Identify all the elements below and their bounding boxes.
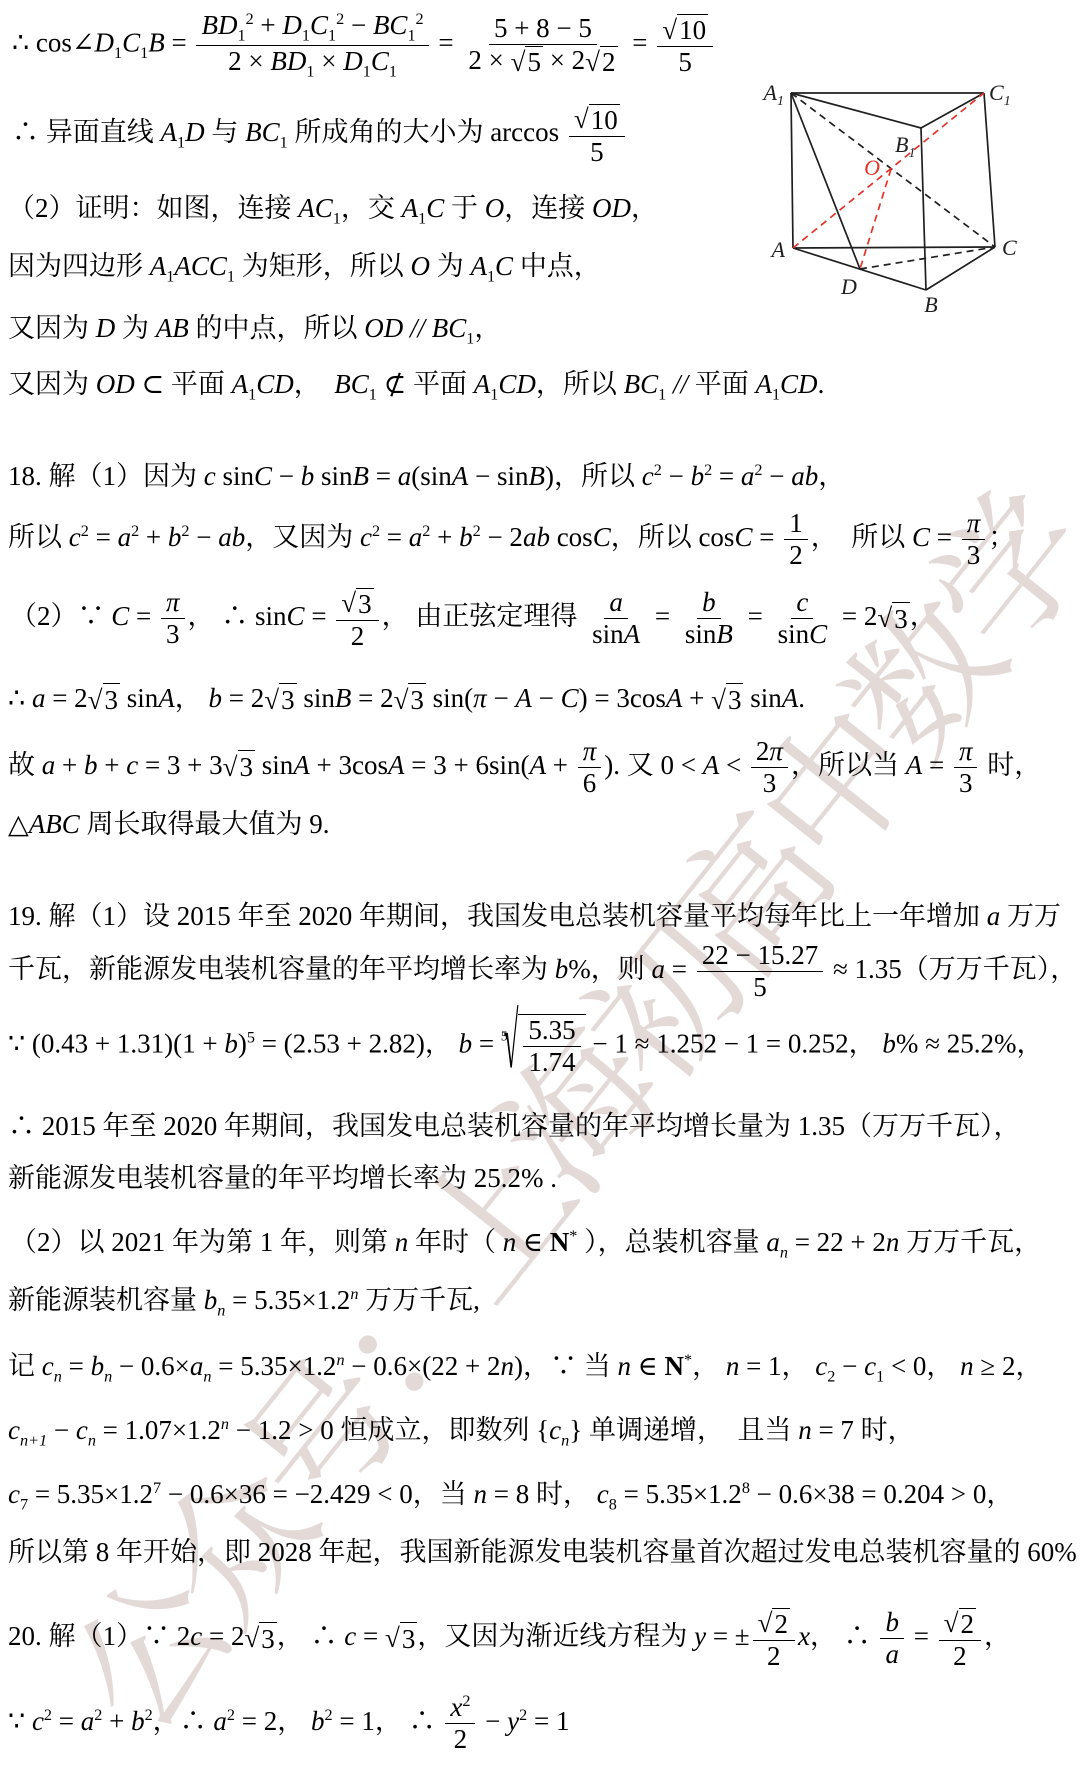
math-token: c	[76, 1415, 88, 1445]
fraction-denominator: 1.74	[523, 1047, 580, 1078]
math-token: = ±	[706, 1621, 750, 1651]
math-token: A	[293, 750, 310, 780]
math-token: 3	[240, 752, 254, 782]
math-token: π	[769, 736, 783, 766]
math-token: n	[54, 1367, 62, 1385]
math-token: ×	[315, 46, 344, 76]
fraction-denominator: 2	[784, 540, 808, 571]
math-token: = 5.35×1.2	[28, 1479, 153, 1509]
math-token: sin	[314, 461, 352, 491]
radical-sign: √	[758, 1610, 773, 1637]
fraction: ba	[880, 1607, 904, 1670]
math-token: π	[166, 587, 180, 617]
prism-edge-O-D	[860, 169, 891, 269]
math-token: 2	[81, 522, 89, 540]
math-token: =	[380, 522, 409, 552]
math-token: C	[371, 46, 389, 76]
document-page: 公众号：上海初高中数学 ∴ cos∠D1C1B = BD12 + D1C12 −…	[0, 0, 1080, 1783]
math-token: ， ∴	[810, 1621, 878, 1651]
radical: √3	[385, 1622, 417, 1657]
content-line: ∵ c2 = a2 + b2，∴ a2 = 2， b2 = 1， ∴ x22 −…	[8, 1692, 569, 1755]
math-token: n	[104, 1367, 112, 1385]
math-token: 22 − 15.27	[702, 940, 818, 970]
radical-sign: √	[711, 687, 726, 714]
math-token: A	[624, 619, 641, 649]
math-token: 万万	[1000, 901, 1061, 931]
fraction-numerator: π	[161, 587, 185, 619]
fraction: 5.351.74	[523, 1015, 580, 1078]
math-token: b	[301, 461, 315, 491]
radical: √10	[574, 104, 620, 136]
math-token: a	[398, 461, 412, 491]
math-token: CD	[498, 369, 536, 399]
math-token: 1	[772, 385, 780, 403]
radical-sign: √	[264, 687, 279, 714]
math-token: n	[500, 1351, 514, 1381]
math-token: BD	[201, 10, 237, 40]
fraction-numerator: b	[880, 1607, 904, 1639]
prism-edge-A1-D	[791, 93, 860, 269]
fraction-denominator: 5	[585, 137, 609, 168]
fraction-denominator: 6	[578, 768, 602, 799]
fraction-denominator: 2 × √5 × 2√2	[463, 45, 622, 79]
math-token: − 2	[481, 522, 523, 552]
math-token: A	[158, 683, 175, 713]
math-token: ，	[910, 601, 937, 631]
math-token: C	[122, 28, 140, 58]
math-token: a	[32, 683, 46, 713]
math-token: 中点，	[513, 251, 601, 281]
math-token: //	[673, 369, 688, 399]
content-line: 故 a + b + c = 3 + 3√3 sinA + 3cosA = 3 +…	[8, 736, 1041, 799]
math-token: n	[886, 1227, 900, 1257]
radicand: 3	[279, 683, 297, 718]
math-token: 2	[246, 10, 254, 28]
radicand: 3	[356, 588, 374, 620]
math-token: ；	[988, 522, 1015, 552]
math-token: BC	[432, 313, 467, 343]
math-token: B	[529, 461, 546, 491]
math-token: 与	[205, 117, 246, 147]
math-token: −	[487, 683, 516, 713]
math-token: 3	[410, 685, 424, 715]
fraction-denominator: a	[880, 1639, 904, 1670]
math-token: c	[864, 1351, 876, 1381]
radicand: 3	[238, 750, 256, 785]
math-token: 3	[105, 685, 119, 715]
math-token	[403, 313, 410, 343]
math-token: = 5.35×1.2	[225, 1285, 350, 1315]
math-token: ≈ 1.35（万万千瓦），	[826, 954, 1077, 984]
math-token: ∴ 2015 年至 2020 年期间，我国发电总装机容量的年平均增长量为 1.3…	[8, 1111, 1021, 1141]
fraction-numerator: x2	[445, 1692, 475, 1724]
math-token: C	[809, 619, 827, 649]
math-token: %，则	[568, 954, 651, 984]
math-token: .	[818, 369, 825, 399]
math-token: 2	[44, 1706, 52, 1724]
math-token: 2	[473, 522, 481, 540]
math-token: a	[987, 901, 1001, 931]
math-token: +	[430, 522, 459, 552]
radicand: 10	[589, 104, 620, 136]
radical-sign: √	[511, 49, 526, 76]
math-token: <	[719, 750, 748, 780]
math-token: 3	[261, 1624, 275, 1654]
math-token: − 0.6×36 = −2.429 < 0，当	[161, 1479, 473, 1509]
math-token: 万万千瓦,	[358, 1285, 480, 1315]
math-token: ≥ 2，	[974, 1351, 1043, 1381]
fraction-numerator: 5 + 8 − 5	[489, 13, 597, 45]
math-token: 3	[959, 768, 973, 798]
fraction-numerator: 22 − 15.27	[697, 940, 823, 972]
math-token: n	[221, 1415, 229, 1433]
math-token: 2	[145, 1706, 153, 1724]
math-token: b	[459, 522, 473, 552]
math-token: BD	[270, 46, 306, 76]
math-token: 8	[742, 1479, 750, 1497]
math-token: ab	[791, 461, 818, 491]
radicand: 3	[400, 1622, 418, 1657]
radicand: 3	[892, 602, 910, 637]
vertex-label-C: C	[1002, 235, 1017, 260]
math-token: b	[84, 750, 98, 780]
vertex-label-B: B	[924, 292, 937, 317]
math-token: 2	[519, 1706, 527, 1724]
math-token	[425, 313, 432, 343]
math-token: +	[682, 683, 711, 713]
math-token: ，交	[341, 193, 402, 223]
math-token: c	[796, 587, 808, 617]
radical: √10	[662, 14, 708, 46]
math-token: C	[912, 522, 930, 552]
math-token: A	[666, 683, 683, 713]
math-token: 2	[704, 461, 712, 479]
content-line: 新能源装机容量 bn = 5.35×1.2n 万万千瓦,	[8, 1284, 480, 1321]
math-token: BC	[373, 10, 408, 40]
fraction: csinC	[773, 587, 833, 650]
math-token: 1	[114, 44, 122, 62]
math-token: − 0.6×	[112, 1351, 190, 1381]
math-token: 3	[894, 604, 908, 634]
vertex-label-O: O	[864, 155, 880, 180]
math-token: − sin	[468, 461, 528, 491]
math-token: 的中点，所以	[189, 313, 365, 343]
math-token: 2	[462, 1692, 470, 1710]
math-token: b	[209, 683, 223, 713]
math-token: 2	[227, 1706, 235, 1724]
radicand: 3	[103, 683, 121, 718]
math-token: 2	[961, 1609, 975, 1639]
math-token: A	[388, 750, 405, 780]
math-token: =	[665, 954, 694, 984]
math-token: 2	[789, 540, 803, 570]
radical: √3	[711, 683, 743, 718]
math-token: =	[89, 522, 118, 552]
math-token: 1	[418, 209, 426, 227]
fraction-numerator: b	[697, 587, 721, 619]
math-token: sin	[592, 619, 624, 649]
fraction-denominator: 2	[948, 1641, 972, 1672]
math-token: OD	[364, 313, 403, 343]
math-token: − 0.6×(22 + 2	[345, 1351, 501, 1381]
math-token: c	[190, 1621, 202, 1651]
math-token: 又因为	[8, 313, 96, 343]
math-token: n	[617, 1351, 631, 1381]
content-line: 19. 解（1）设 2015 年至 2020 年期间，我国发电总装机容量平均每年…	[8, 900, 1061, 934]
math-token: ，	[818, 461, 845, 491]
radicand: 3	[259, 1622, 277, 1657]
math-token: ，	[294, 369, 335, 399]
math-token: a	[652, 954, 666, 984]
math-token: 2	[325, 1706, 333, 1724]
math-token: （2）∵	[10, 601, 111, 631]
math-token: cos	[550, 522, 593, 552]
math-token: AB	[156, 313, 189, 343]
math-token: n	[780, 1243, 788, 1261]
math-token: π	[583, 736, 597, 766]
fraction-numerator: 2π	[751, 736, 788, 768]
prism-edge-C-C1	[984, 93, 995, 247]
math-token: A	[906, 750, 923, 780]
math-token: =	[472, 1028, 501, 1058]
content-line: 新能源发电装机容量的年平均增长率为 25.2% .	[8, 1162, 557, 1196]
math-token: =	[907, 1621, 936, 1651]
content-line: 18. 解（1）因为 c sinC − b sinB = a(sinA − si…	[8, 460, 845, 494]
math-token: ∴ 异面直线	[12, 117, 161, 147]
math-token: 1	[363, 62, 371, 80]
fraction-numerator: 5.35	[523, 1015, 580, 1047]
math-token: 1	[302, 26, 310, 44]
math-token: c	[642, 461, 654, 491]
content-line: 又因为 OD ⊂ 平面 A1CD， BC1 ⊄ 平面 A1CD，所以 BC1 /…	[8, 368, 824, 405]
math-token: 2	[767, 1641, 781, 1671]
math-token: 1	[407, 26, 415, 44]
math-token: =	[432, 28, 461, 58]
math-token: − 1 ≈ 1.252 − 1 = 0.252，	[586, 1028, 883, 1058]
radical: √3	[394, 683, 426, 718]
math-token: 所以第 8 年开始，即 2028 年起，我国新能源发电装机容量首次超过发电总装机…	[8, 1537, 1077, 1567]
math-token: a	[609, 587, 623, 617]
math-token: ∴ cos∠	[12, 28, 95, 58]
fraction-numerator: c	[791, 587, 813, 619]
fraction: 5 + 8 − 52 × √5 × 2√2	[463, 13, 622, 79]
content-line: （2）∵ C = π3， ∴ sinC = √32， 由正弦定理得 asinA …	[10, 586, 937, 652]
radical-sign: √	[244, 1625, 259, 1652]
vertex-label-A: A	[770, 237, 786, 262]
math-token: 1	[306, 62, 314, 80]
fraction-denominator: 5	[748, 972, 772, 1003]
math-token: < 0，	[884, 1351, 960, 1381]
math-token: y	[694, 1621, 706, 1651]
math-token: x	[450, 1692, 462, 1722]
radical: 5√5.351.74	[501, 1014, 586, 1078]
math-token: ，∴	[153, 1706, 214, 1736]
fraction: x22	[445, 1692, 475, 1755]
math-token: −	[662, 461, 691, 491]
math-token: 又因为	[8, 369, 96, 399]
math-token: 3	[281, 685, 295, 715]
math-token: ab	[218, 522, 245, 552]
math-token: A	[474, 369, 491, 399]
radical-sign: √	[504, 1003, 519, 1081]
fraction-numerator: √3	[336, 586, 378, 621]
math-token: +	[102, 1706, 131, 1736]
math-token: 6	[583, 768, 597, 798]
fraction: asinA	[587, 587, 645, 650]
math-token: 2	[454, 1724, 468, 1754]
content-line: ∴ a = 2√3 sinA， b = 2√3 sinB = 2√3 sin(π…	[8, 682, 805, 718]
math-token: 2	[756, 736, 770, 766]
math-token: 2	[372, 522, 380, 540]
math-token: 3	[358, 589, 372, 619]
math-token: 1	[876, 1367, 884, 1385]
math-token: ，	[474, 313, 501, 343]
math-token: a	[741, 461, 755, 491]
math-token: //	[410, 313, 425, 343]
fraction-numerator: π	[962, 508, 986, 540]
math-token: 5 + 8 − 5	[494, 13, 592, 43]
radicand: 10	[677, 14, 708, 46]
math-token: sin	[255, 750, 293, 780]
math-token: 2 ×	[468, 45, 510, 75]
math-token: =	[712, 461, 741, 491]
math-token: 为	[115, 313, 156, 343]
math-token: 万万千瓦，	[899, 1227, 1041, 1257]
fraction: √22	[939, 1606, 981, 1672]
math-token: A	[402, 193, 419, 223]
fraction: √22	[753, 1606, 795, 1672]
math-token: c	[32, 1706, 44, 1736]
math-token: (sin	[411, 461, 452, 491]
math-token: 1	[658, 385, 666, 403]
math-token: 1	[789, 508, 803, 538]
math-token: )，所以	[545, 461, 642, 491]
math-token: +	[55, 750, 84, 780]
math-token: a	[409, 522, 423, 552]
vertex-label-D: D	[840, 274, 857, 299]
radical-sign: √	[574, 106, 589, 133]
radical-sign: √	[88, 687, 103, 714]
math-token: +	[97, 750, 126, 780]
fraction-denominator: 3	[962, 540, 986, 571]
math-token: a	[42, 750, 56, 780]
math-token: （2）以 2021 年为第 1 年，则第	[10, 1227, 395, 1257]
math-token: ， ∴ sin	[188, 601, 287, 631]
math-token: b	[702, 587, 716, 617]
math-token: ，又因为渐近线方程为	[417, 1621, 694, 1651]
math-token: = 5.35×1.2	[211, 1351, 336, 1381]
math-token: = 1， ∴	[333, 1706, 443, 1736]
math-token: n	[336, 1351, 344, 1369]
fraction: √105	[569, 102, 625, 168]
math-token: c	[815, 1351, 827, 1381]
math-token: C	[254, 461, 272, 491]
math-token: 5	[753, 972, 767, 1002]
radicand: 2	[600, 46, 618, 78]
math-token: c	[8, 1479, 20, 1509]
math-token: b	[204, 1285, 218, 1315]
fraction-denominator: sinA	[587, 619, 645, 650]
content-line: 因为四边形 A1ACC1 为矩形，所以 O 为 A1C 中点，	[8, 250, 601, 287]
math-token: −	[47, 1415, 76, 1445]
fraction-numerator: a	[604, 587, 628, 619]
math-token: =	[626, 28, 655, 58]
math-token: ∴	[8, 683, 32, 713]
math-token: OD	[592, 193, 631, 223]
prism-edge-A-A1	[791, 93, 793, 248]
math-token: n+1	[20, 1431, 47, 1449]
math-token: =	[165, 28, 194, 58]
math-token: A	[529, 750, 546, 780]
math-token: N	[664, 1351, 684, 1381]
math-token: 1	[248, 385, 256, 403]
radical: √3	[264, 683, 296, 718]
fraction-denominator: 2	[346, 621, 370, 652]
math-token: A	[161, 117, 178, 147]
math-token: } 单调递增， 且当	[569, 1415, 798, 1445]
math-token: ，	[984, 1621, 1011, 1651]
radical-sign: √	[585, 49, 600, 76]
radicand: 3	[726, 683, 744, 718]
math-token: sin	[778, 619, 810, 649]
math-token: BC	[624, 369, 659, 399]
content-line: ∴ 异面直线 A1D 与 BC1 所成角的大小为 arccos √105	[12, 102, 628, 168]
math-token: B	[335, 683, 352, 713]
math-token: b	[91, 1351, 105, 1381]
math-token: 1	[487, 267, 495, 285]
math-token: c	[344, 1621, 356, 1651]
radical-sign: √	[662, 17, 677, 44]
math-token: D	[95, 28, 115, 58]
radicand: 5	[525, 46, 543, 78]
content-line: 记 cn = bn − 0.6×an = 5.35×1.2n − 0.6×(22…	[8, 1350, 1043, 1387]
math-token: = 2	[202, 1621, 244, 1651]
math-token: OD	[96, 369, 135, 399]
math-token: 新能源装机容量	[8, 1285, 204, 1315]
content-line: 又因为 D 为 AB 的中点，所以 OD // BC1，	[8, 312, 501, 349]
content-line: 所以 c2 = a2 + b2 − ab，又因为 c2 = a2 + b2 − …	[8, 508, 1015, 571]
prism-svg: A1C1B1OACDB	[688, 58, 1048, 320]
fraction: √32	[336, 586, 378, 652]
math-token: =	[752, 522, 781, 552]
math-token: A	[755, 369, 772, 399]
radical: √5	[511, 46, 543, 78]
math-token: c	[360, 522, 372, 552]
fraction-denominator: 3	[161, 619, 185, 650]
math-token: C	[310, 10, 328, 40]
radical: √3	[244, 1622, 276, 1657]
math-token: ab	[523, 522, 550, 552]
math-token: c	[42, 1351, 54, 1381]
math-token: a	[81, 1706, 95, 1736]
math-token: 3	[402, 1624, 416, 1654]
math-token: A	[452, 461, 469, 491]
math-token: 8	[609, 1495, 617, 1513]
math-token: −	[532, 683, 561, 713]
math-token: ，	[175, 683, 209, 713]
math-token: ，又因为	[245, 522, 360, 552]
math-token: △	[8, 809, 29, 839]
math-token: ∈	[631, 1351, 665, 1381]
math-token: n	[960, 1351, 974, 1381]
radical-sign: √	[385, 1625, 400, 1652]
math-token: ，	[692, 1351, 726, 1381]
radical: √3	[223, 750, 255, 785]
math-token: BC	[334, 369, 369, 399]
fraction: π3	[954, 736, 978, 799]
math-token: sin	[743, 683, 781, 713]
math-token: −	[835, 1351, 864, 1381]
